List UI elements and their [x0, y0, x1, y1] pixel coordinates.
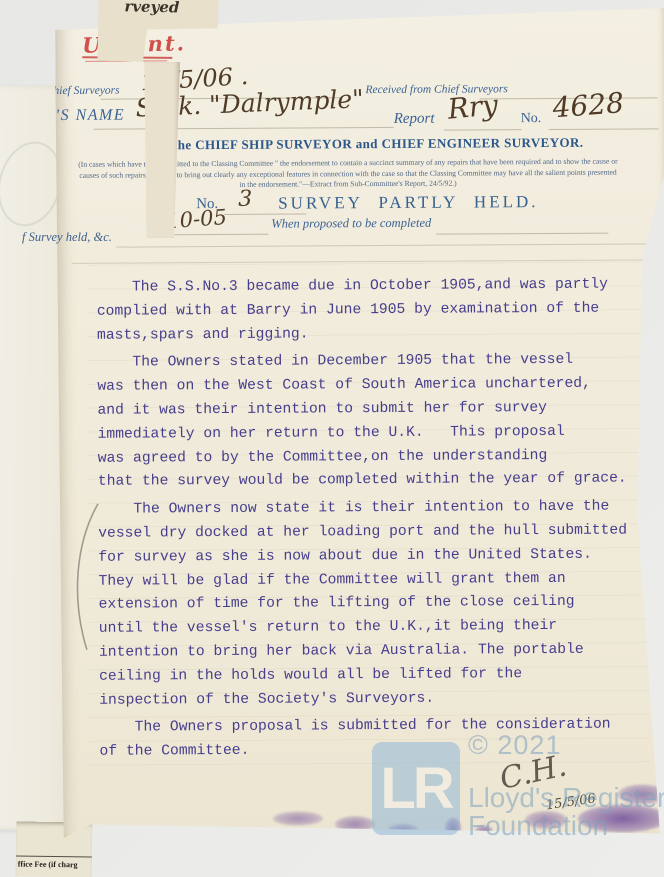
typed-line: until the vessel's return to the U.K.,it… [99, 615, 628, 642]
report-value: Rry [446, 88, 499, 126]
proposed-value-underline [158, 234, 268, 236]
report-no-value: 4628 [551, 86, 625, 124]
typed-line: The S.S.No.3 became due in October 1905,… [97, 274, 626, 301]
typed-paragraph: The Owners now state it is their intenti… [98, 496, 628, 713]
typed-line: ceiling in the holds would all be lifted… [99, 662, 628, 689]
report-no-label: No. [521, 111, 542, 127]
margin-pencil-mark [68, 502, 109, 654]
fee-strip-rule [16, 855, 92, 857]
typed-line: complied with at Barry in June 1905 by e… [97, 297, 626, 324]
ink-smudge [335, 816, 375, 832]
typed-line: The Owners now state it is their intenti… [98, 496, 627, 523]
survey-held-underline [116, 243, 656, 247]
attached-note-text: rveyed [124, 0, 179, 16]
ink-smudge [273, 811, 323, 825]
typed-paragraph: The Owners stated in December 1905 that … [97, 349, 627, 495]
proposed-label: When proposed to be completed [271, 216, 431, 232]
report-no-underline [549, 128, 659, 130]
chief-surveyors-label: hief Surveyors [53, 85, 119, 97]
typed-line: The Owners stated in December 1905 that … [97, 349, 626, 376]
survey-title: SURVEY PARTLY HELD. [278, 192, 538, 214]
typed-line: immediately on her return to the U.K. Th… [98, 420, 627, 447]
typed-line: inspection of the Society's Surveyors. [99, 686, 628, 713]
typed-line: vessel dry docked at her loading port an… [98, 519, 627, 546]
typed-body: The S.S.No.3 became due in October 1905,… [97, 274, 629, 769]
typed-line: was then on the West Coast of South Amer… [97, 373, 626, 400]
report-label: Report [394, 111, 435, 128]
typed-line: masts,spars and rigging. [97, 321, 626, 348]
attached-strip-tail [142, 62, 180, 238]
ship-name-underline [94, 127, 394, 130]
watermark-copyright: © 2021 [468, 730, 561, 761]
survey-no-underline [224, 213, 306, 215]
typed-line: that the survey would be completed withi… [98, 468, 627, 495]
report-underline [444, 129, 522, 130]
scanned-document-photo: ffice Fee (if charg Urgent. hief Surveyo… [0, 0, 664, 877]
ship-name-label: 'S NAME [56, 107, 126, 125]
office-fee-strip: ffice Fee (if charg [16, 821, 93, 877]
watermark-name-line2: Foundation [468, 810, 608, 842]
typed-line: for survey as she is now about due in th… [98, 543, 627, 570]
typed-line: and it was their intention to submit her… [97, 397, 626, 424]
typed-line: intention to bring her back via Australi… [99, 638, 628, 665]
typed-paragraph: The S.S.No.3 became due in October 1905,… [97, 274, 626, 349]
proposed-underline [436, 233, 608, 235]
typed-line: was agreed to by the Committee,on the un… [98, 444, 627, 471]
lr-logo-letters: LR [380, 755, 451, 822]
office-fee-label: ffice Fee (if charg [18, 859, 78, 869]
survey-held-label: f Survey held, &c. [22, 230, 112, 245]
lloyds-register-logo: LR [372, 742, 460, 835]
typed-line: extension of time for the lifting of the… [99, 591, 628, 618]
typed-line: They will be glad if the Committee will … [98, 567, 627, 594]
survey-no-value: 3 [238, 187, 252, 212]
